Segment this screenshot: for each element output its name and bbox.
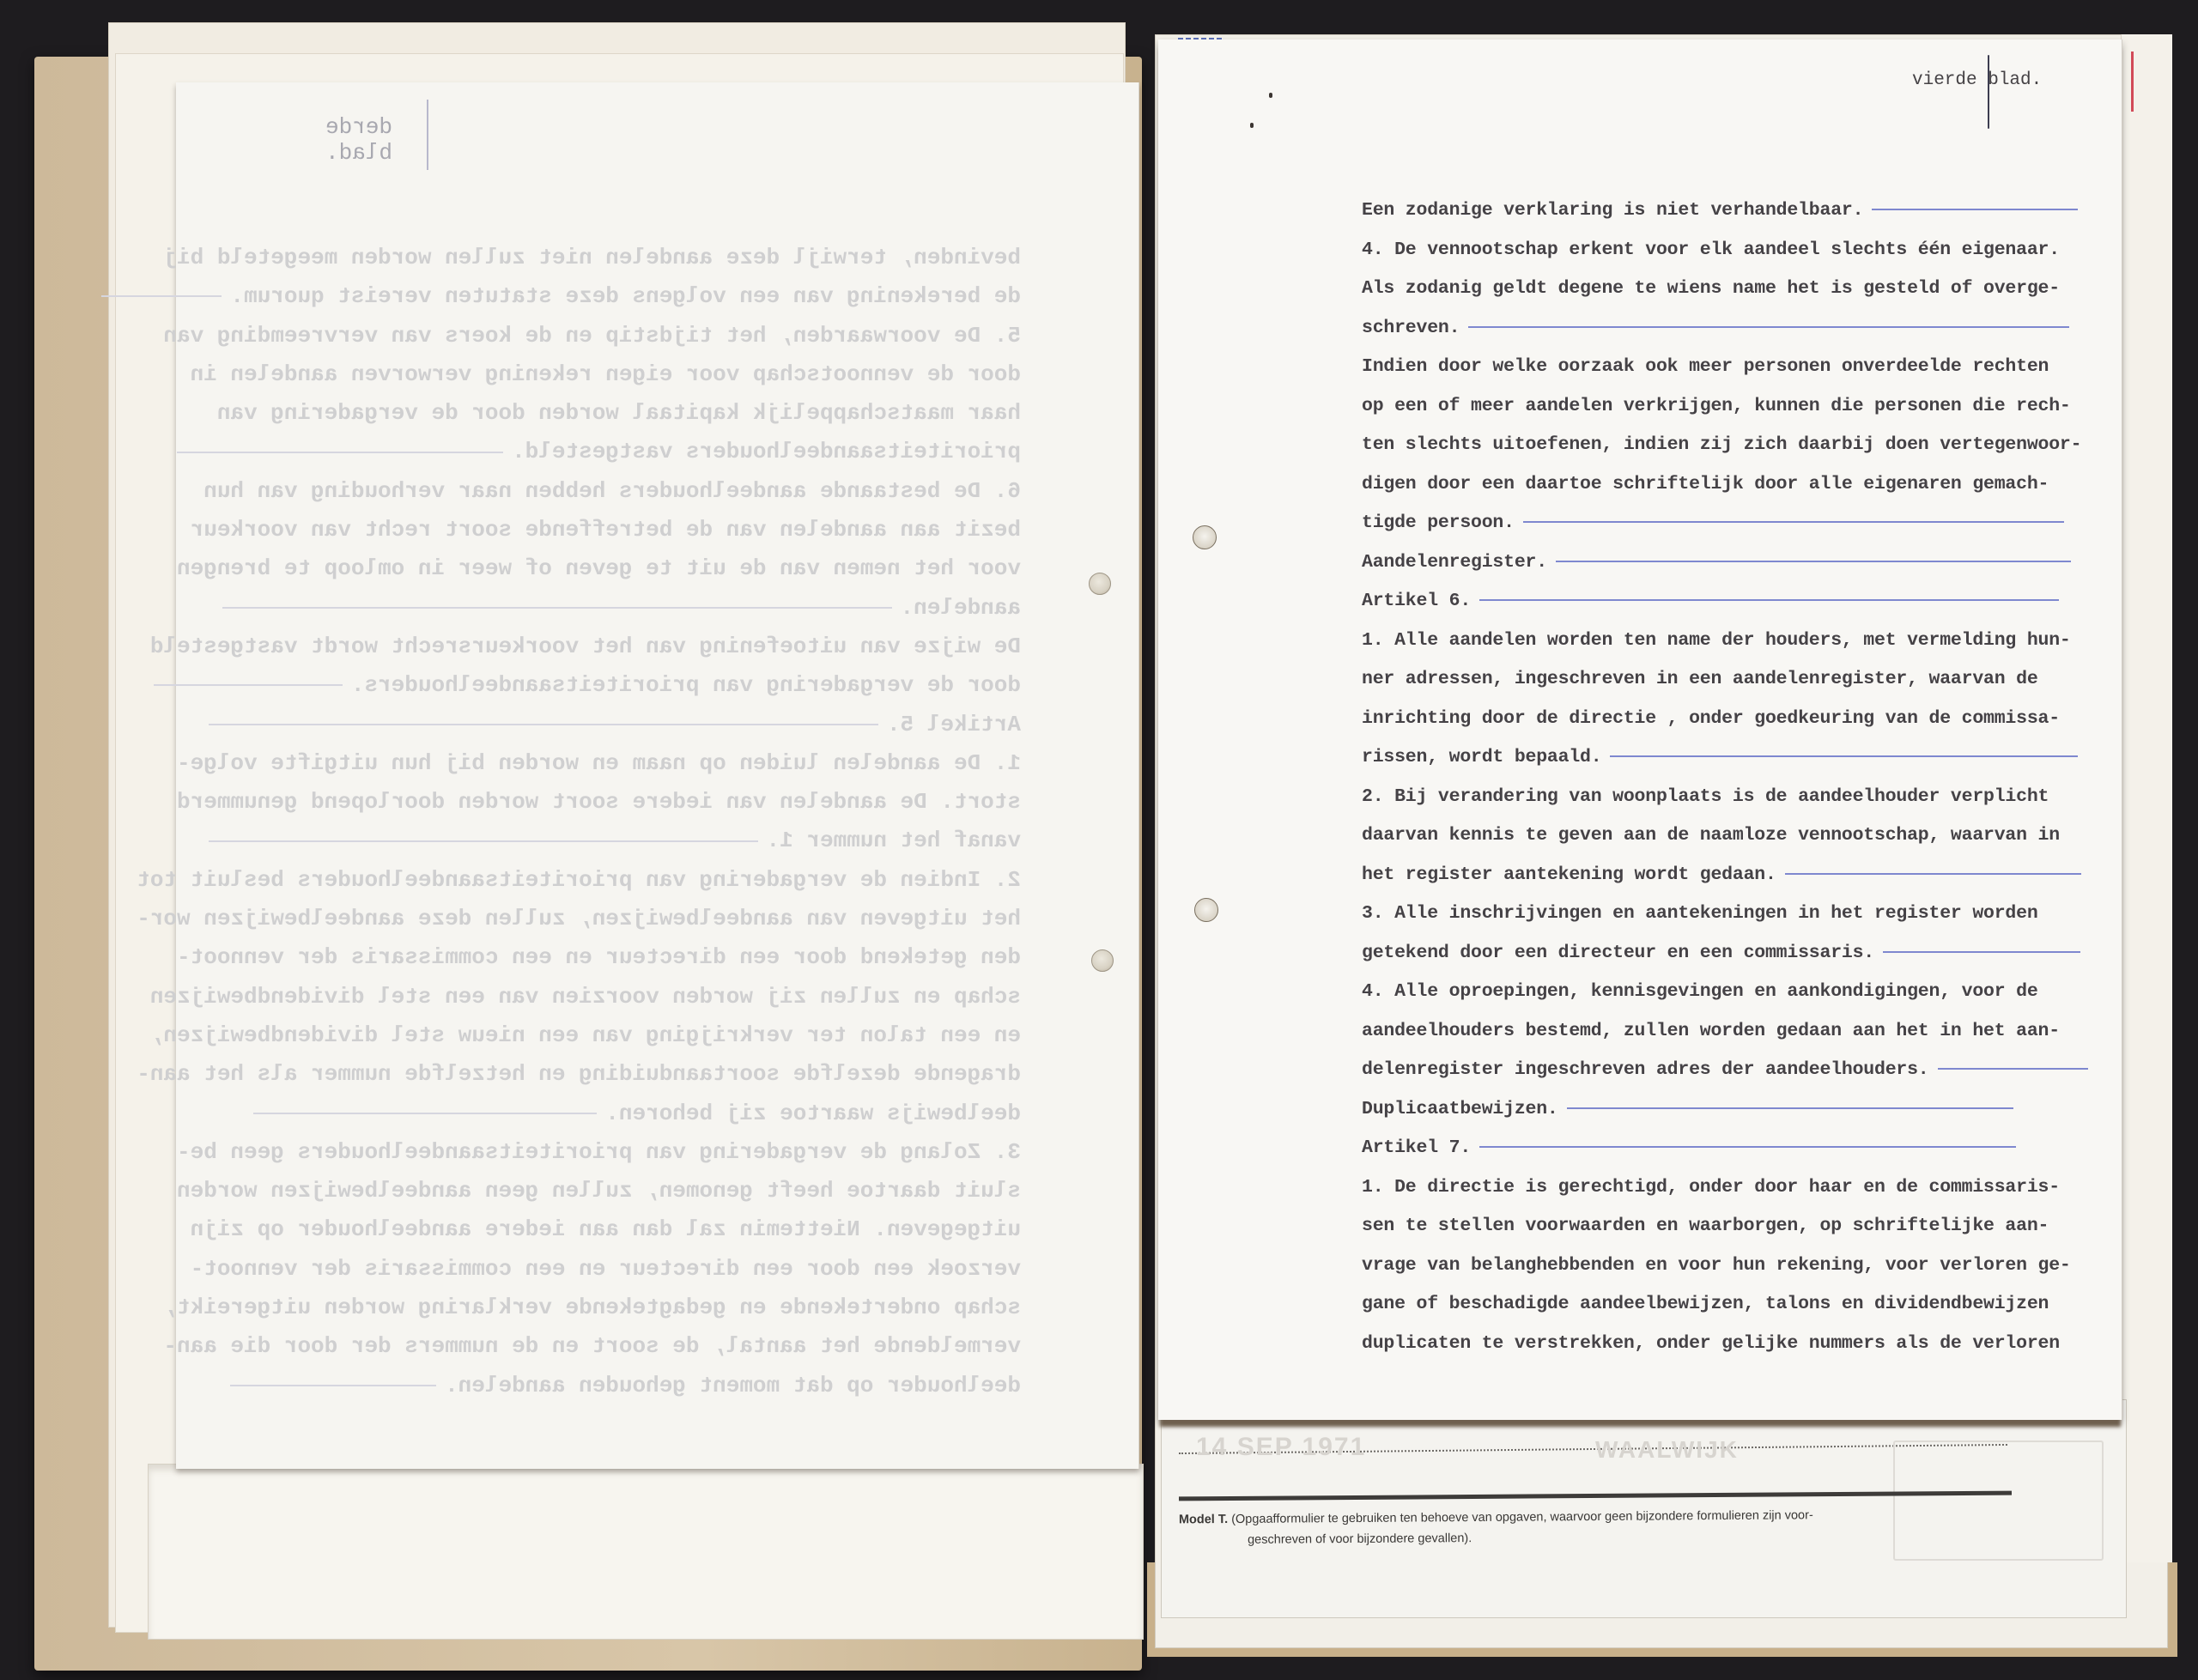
fill-rule-line <box>1567 1107 2013 1109</box>
text-line: deelbewijs waartoe zij behoren. <box>195 1095 1021 1133</box>
line-text: het register aantekening wordt gedaan. <box>1362 864 1776 885</box>
left-page-derde-blad: derde blad. bevinden, terwijl deze aande… <box>176 82 1139 1469</box>
form-caption: Model T. (Opgaafformulier te gebruiken t… <box>1179 1504 2020 1551</box>
text-line: bezit aan aandelen van de betreffende so… <box>195 511 1021 549</box>
line-text: door de vennootschap voor eigen rekening… <box>191 361 1021 387</box>
line-text: 1. De directie is gerechtigd, onder door… <box>1362 1177 2060 1198</box>
text-line: den getekend door een directeur en een c… <box>195 938 1021 977</box>
line-text: schap ondertekende en gedagtekende verkl… <box>163 1295 1021 1320</box>
text-line: 2. Bij verandering van woonplaats is de … <box>1362 778 2122 817</box>
fill-rule-line <box>1785 873 2081 875</box>
line-text: voor het nemen van de uit te geven of we… <box>177 555 1021 581</box>
line-text: prioriteitsaandeelhouders vastgesteld. <box>512 439 1021 464</box>
line-text: getekend door een directeur en een commi… <box>1362 943 1874 963</box>
fill-rule-line <box>1468 326 2069 328</box>
fill-rule-line <box>222 607 892 609</box>
line-text: schreven. <box>1362 318 1460 338</box>
line-text: vanaf het nummer 1. <box>767 828 1021 853</box>
line-text: 5. De voorwaarden, het tijdstip en de ko… <box>163 323 1021 349</box>
text-line: 3. Alle inschrijvingen en aantekeningen … <box>1362 895 2122 934</box>
line-text: stort. De aandelen van iedere soort word… <box>177 789 1021 815</box>
date-stamp-2: 14 SEP 1971 <box>1196 1433 1366 1462</box>
fill-rule-line <box>1872 209 2078 210</box>
text-line: delenregister ingeschreven adres der aan… <box>1362 1051 2122 1090</box>
fill-rule-line <box>1610 755 2078 757</box>
text-line: uitgegeven. Niettemin zal dan aan iedere… <box>195 1210 1021 1249</box>
text-line: stort. De aandelen van iedere soort word… <box>195 783 1021 822</box>
punch-hole-bottom <box>1091 949 1114 972</box>
text-line: gane of beschadigde aandeelbewijzen, tal… <box>1362 1285 2122 1325</box>
fill-rule-line <box>154 684 343 686</box>
text-line: Artikel 6. <box>1362 582 2122 622</box>
text-line: schap en zullen zij worden voorzien van … <box>195 978 1021 1016</box>
fill-rule-line <box>1938 1068 2088 1070</box>
line-text: vermeldende het aantal, de soort en de n… <box>163 1333 1021 1359</box>
line-text: Aandelenregister. <box>1362 552 1547 573</box>
text-line: 5. De voorwaarden, het tijdstip en de ko… <box>195 317 1021 355</box>
line-text: 1. De aandelen luiden op naam en worden … <box>177 750 1021 776</box>
pencil-mark <box>1988 55 1989 129</box>
line-text: 4. Alle oproepingen, kennisgevingen en a… <box>1362 981 2038 1002</box>
line-text: den getekend door een directeur en een c… <box>177 944 1021 970</box>
line-text: dragende dezelfde soortaanduiding en het… <box>137 1061 1021 1087</box>
fill-rule-line <box>177 452 503 453</box>
line-text: deelhouder op dat moment gehouden aandel… <box>445 1373 1021 1398</box>
line-text: inrichting door de directie , onder goed… <box>1362 708 2060 729</box>
left-page-header: derde blad. <box>286 114 432 166</box>
text-line: en een talon ter verkrijging van een nie… <box>195 1016 1021 1055</box>
line-text: Artikel 7. <box>1362 1137 1471 1158</box>
text-line: haar maatschappelijk kapitaal worden doo… <box>195 394 1021 433</box>
line-text: 2. Indien de vergadering van prioriteits… <box>137 867 1021 893</box>
text-line: duplicaten te verstrekken, onder gelijke… <box>1362 1325 2122 1364</box>
text-line: Duplicaatbewijzen. <box>1362 1090 2122 1130</box>
line-text: door de vergadering van prioriteitsaande… <box>351 672 1021 698</box>
line-text: haar maatschappelijk kapitaal worden doo… <box>217 400 1021 426</box>
line-text: De wijze van uitoefening van het voorkeu… <box>150 634 1021 659</box>
line-text: 4. De vennootschap erkent voor elk aande… <box>1362 240 2060 260</box>
line-text: vrage van belanghebbenden en voor hun re… <box>1362 1255 2071 1276</box>
line-text: ner adressen, ingeschreven in een aandel… <box>1362 669 2038 689</box>
sheet-stack-bottom <box>148 1464 1144 1640</box>
line-text: digen door een daartoe schriftelijk door… <box>1362 474 2049 494</box>
text-line: aandeelhouders bestemd, zullen worden ge… <box>1362 1012 2122 1052</box>
text-line: Indien door welke oorzaak ook meer perso… <box>1362 348 2122 387</box>
line-text: op een of meer aandelen verkrijgen, kunn… <box>1362 396 2071 416</box>
right-page-body: Een zodanige verklaring is niet verhande… <box>1158 191 2122 1363</box>
line-text: 3. Alle inschrijvingen en aantekeningen … <box>1362 903 2038 924</box>
fill-rule-line <box>209 724 878 725</box>
right-page-vierde-blad: vierde blad. Een zodanige verklaring is … <box>1158 39 2122 1420</box>
form-rule <box>1179 1491 2012 1501</box>
line-text: rissen, wordt bepaald. <box>1362 747 1601 767</box>
fill-rule-line <box>1556 561 2071 562</box>
fill-rule-line <box>230 1385 436 1386</box>
text-line: sen te stellen voorwaarden en waarborgen… <box>1362 1207 2122 1246</box>
fill-rule-line <box>1479 1146 2016 1148</box>
text-line: op een of meer aandelen verkrijgen, kunn… <box>1362 387 2122 427</box>
line-text: deelbewijs waartoe zij behoren. <box>605 1101 1021 1126</box>
text-line: door de vennootschap voor eigen rekening… <box>195 355 1021 394</box>
fill-rule-line <box>101 295 222 297</box>
text-line: 4. De vennootschap erkent voor elk aande… <box>1362 231 2122 270</box>
line-text: gane of beschadigde aandeelbewijzen, tal… <box>1362 1294 2049 1314</box>
text-line: de berekening van een volgens deze statu… <box>195 277 1021 316</box>
text-line: De wijze van uitoefening van het voorkeu… <box>195 628 1021 666</box>
text-line: Artikel 7. <box>1362 1129 2122 1168</box>
line-text: 1. Alle aandelen worden ten name der hou… <box>1362 630 2071 651</box>
line-text: bezit aan aandelen van de betreffende so… <box>191 517 1021 543</box>
line-text: Als zodanig geldt degene te wiens name h… <box>1362 278 2060 299</box>
text-line: ten slechts uitoefenen, indien zij zich … <box>1362 426 2122 465</box>
line-text: aandeelhouders bestemd, zullen worden ge… <box>1362 1021 2060 1041</box>
line-text: Artikel 6. <box>1362 591 1471 611</box>
line-text: de berekening van een volgens deze statu… <box>230 283 1021 309</box>
text-line: digen door een daartoe schriftelijk door… <box>1362 465 2122 505</box>
text-line: schap ondertekende en gedagtekende verkl… <box>195 1289 1021 1327</box>
text-line: deelhouder op dat moment gehouden aandel… <box>195 1367 1021 1405</box>
text-line: tigde persoon. <box>1362 504 2122 543</box>
text-line: Als zodanig geldt degene te wiens name h… <box>1362 270 2122 309</box>
text-line: Een zodanige verklaring is niet verhande… <box>1362 191 2122 231</box>
text-line: Aandelenregister. <box>1362 543 2122 583</box>
text-line: bevinden, terwijl deze aandelen niet zul… <box>195 239 1021 277</box>
line-text: schap en zullen zij worden voorzien van … <box>150 984 1021 1010</box>
text-line: Artikel 5. <box>195 706 1021 744</box>
line-text: Een zodanige verklaring is niet verhande… <box>1362 200 1863 221</box>
text-line: 2. Indien de vergadering van prioriteits… <box>195 861 1021 900</box>
text-line: vrage van belanghebbenden en voor hun re… <box>1362 1246 2122 1286</box>
line-text: 6. De bestaande aandeelhouders hebben na… <box>203 478 1021 504</box>
line-text: Indien door welke oorzaak ook meer perso… <box>1362 356 2049 377</box>
fill-rule-line <box>1479 599 2059 601</box>
line-text: 3. Zolang de vergadering van prioriteits… <box>177 1139 1021 1165</box>
text-line: 1. De aandelen luiden op naam en worden … <box>195 744 1021 783</box>
caption-line-1: (Opgaafformulier te gebruiken ten behoev… <box>1231 1508 1813 1526</box>
line-text: verzoek een door een directeur en een co… <box>191 1256 1021 1282</box>
line-text: uitgegeven. Niettemin zal dan aan iedere… <box>191 1216 1021 1242</box>
text-line: het uitgeven van aandeelbewijzen, zullen… <box>195 900 1021 938</box>
line-text: Duplicaatbewijzen. <box>1362 1099 1558 1119</box>
line-text: sen te stellen voorwaarden en waarborgen… <box>1362 1216 2049 1236</box>
punch-hole-top <box>1089 573 1111 595</box>
text-line: het register aantekening wordt gedaan. <box>1362 856 2122 895</box>
text-line: schreven. <box>1362 309 2122 349</box>
paper-speck <box>1250 123 1254 128</box>
fill-rule-line <box>1883 951 2080 953</box>
line-text: Artikel 5. <box>887 712 1021 737</box>
line-text: bevinden, terwijl deze aandelen niet zul… <box>163 245 1021 270</box>
text-line: vermeldende het aantal, de soort en de n… <box>195 1327 1021 1366</box>
fill-rule-line <box>1523 521 2064 523</box>
text-line: 6. De bestaande aandeelhouders hebben na… <box>195 472 1021 511</box>
line-text: daarvan kennis te geven aan de naamloze … <box>1362 825 2060 846</box>
red-sheet-edge <box>2131 52 2134 112</box>
model-label: Model T. <box>1179 1513 1228 1526</box>
text-line: daarvan kennis te geven aan de naamloze … <box>1362 816 2122 856</box>
place-stamp: WAALWIJK <box>1595 1436 1739 1464</box>
text-line: sluit daartoe heeft genomen, zullen geen… <box>195 1172 1021 1210</box>
line-text: en een talon ter verkrijging van een nie… <box>150 1022 1021 1048</box>
text-line: prioriteitsaandeelhouders vastgesteld. <box>195 433 1021 471</box>
fill-rule-line <box>209 840 758 842</box>
text-line: aandelen. <box>195 589 1021 628</box>
text-line: ner adressen, ingeschreven in een aandel… <box>1362 660 2122 700</box>
text-line: 4. Alle oproepingen, kennisgevingen en a… <box>1362 973 2122 1012</box>
text-line: dragende dezelfde soortaanduiding en het… <box>195 1055 1021 1094</box>
left-page-body: bevinden, terwijl deze aandelen niet zul… <box>176 239 1139 1405</box>
text-line: getekend door een directeur en een commi… <box>1362 934 2122 973</box>
line-text: sluit daartoe heeft genomen, zullen geen… <box>177 1178 1021 1204</box>
line-text: delenregister ingeschreven adres der aan… <box>1362 1059 1929 1080</box>
text-line: door de vergadering van prioriteitsaande… <box>195 666 1021 705</box>
model-t-form: 3 SEP 1971 14 SEP 1971 WAALWIJK Model T.… <box>1161 1399 2127 1618</box>
text-line: vanaf het nummer 1. <box>195 822 1021 860</box>
text-line: rissen, wordt bepaald. <box>1362 738 2122 778</box>
line-text: tigde persoon. <box>1362 512 1515 533</box>
line-text: het uitgeven van aandeelbewijzen, zullen… <box>137 906 1021 931</box>
paper-speck <box>1269 93 1272 98</box>
right-page-header: vierde blad. <box>1912 70 2042 90</box>
line-text: aandelen. <box>901 595 1021 621</box>
text-line: 1. Alle aandelen worden ten name der hou… <box>1362 622 2122 661</box>
text-line: inrichting door de directie , onder goed… <box>1362 700 2122 739</box>
text-line: verzoek een door een directeur en een co… <box>195 1250 1021 1289</box>
text-line: 3. Zolang de vergadering van prioriteits… <box>195 1133 1021 1172</box>
line-text: duplicaten te verstrekken, onder gelijke… <box>1362 1333 2060 1354</box>
text-line: voor het nemen van de uit te geven of we… <box>195 549 1021 588</box>
right-sheet-edges <box>2121 34 2172 1562</box>
line-text: 2. Bij verandering van woonplaats is de … <box>1362 786 2049 807</box>
line-text: ten slechts uitoefenen, indien zij zich … <box>1362 434 2081 455</box>
text-line: 1. De directie is gerechtigd, onder door… <box>1362 1168 2122 1208</box>
fill-rule-line <box>253 1113 597 1114</box>
